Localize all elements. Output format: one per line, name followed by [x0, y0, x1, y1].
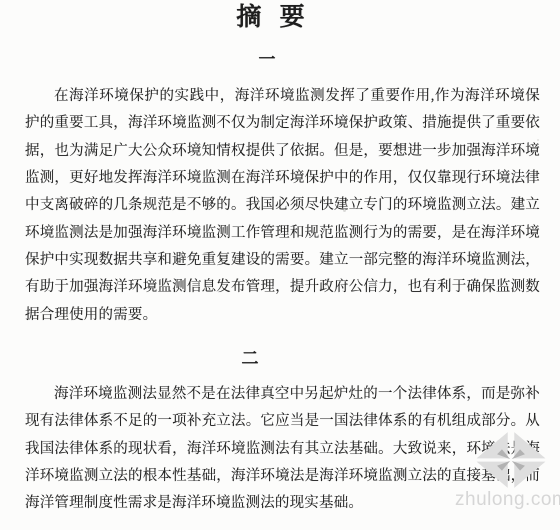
text-line: 保护中实现数据共享和避免重复建设的需要。建立一部完整的海洋环境监测法，	[25, 247, 540, 274]
section-marker-two: 二	[0, 350, 530, 368]
scan-noise-dot	[537, 139, 539, 141]
document-title: 摘 要	[0, 1, 551, 35]
text-line: 据合理使用的需要。	[25, 302, 540, 329]
scanned-document-page: 摘 要 一 在海洋环境保护的实践中，海洋环境监测发挥了重要作用,作为海洋环境保 …	[0, 0, 560, 530]
text-line: 据，也为满足广大公众环境知情权提供了依据。但是，要想进一步加强海洋环境	[25, 138, 540, 165]
text-line: 现有法律体系不足的一项补充立法。它应当是一国法律体系的有机组成部分。从	[25, 408, 540, 435]
text-line: 洋环境监测立法的根本性基础，海洋环境法是海洋环境监测立法的直接基础，而	[25, 463, 540, 490]
scan-noise-dot	[343, 209, 346, 212]
section-marker-one: 一	[0, 51, 547, 69]
abstract-paragraph-1: 在海洋环境保护的实践中，海洋环境监测发挥了重要作用,作为海洋环境保 护的重要工具…	[25, 83, 540, 329]
text-line: 海洋环境监测法显然不是在法律真空中另起炉灶的一个法律体系，而是弥补	[25, 381, 540, 408]
text-line: 中支离破碎的几条规范是不够的。我国必须尽快建立专门的环境监测立法。建立	[25, 192, 540, 219]
text-line: 有助于加强海洋环境监测信息发布管理，提升政府公信力，也有利于确保监测数	[25, 274, 540, 301]
text-line: 在海洋环境保护的实践中，海洋环境监测发挥了重要作用,作为海洋环境保	[25, 83, 540, 110]
text-line: 我国法律体系的现状看，海洋环境监测法有其立法基础。大致说来，环境法是海	[25, 436, 540, 463]
watermark-text: zhulong.com	[455, 489, 560, 511]
text-line: 护的重要工具，海洋环境监测不仅为制定海洋环境保护政策、措施提供了重要依	[25, 110, 540, 137]
text-line: 环境监测法是加强海洋环境监测工作管理和规范监测行为的需要，是在海洋环境	[25, 220, 540, 247]
text-line: 监测，更好地发挥海洋环境监测在海洋环境保护中的作用，仅仅靠现行环境法律	[25, 165, 540, 192]
zhulong-diamond-logo-icon	[470, 427, 552, 493]
